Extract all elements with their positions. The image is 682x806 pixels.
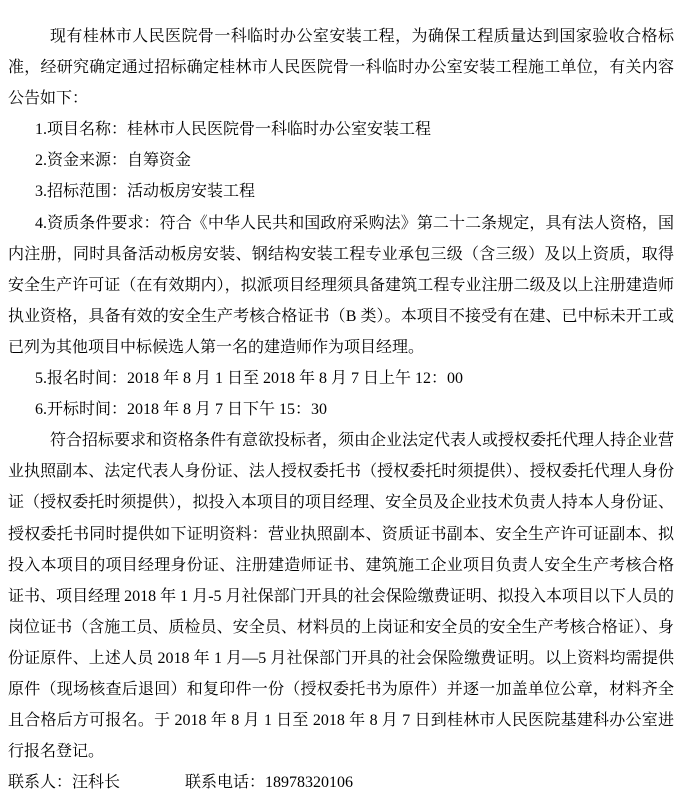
intro-paragraph: 现有桂林市人民医院骨一科临时办公室安装工程，为确保工程质量达到国家验收合格标准，… (8, 21, 674, 114)
list-item-project-name: 1.项目名称：桂林市人民医院骨一科临时办公室安装工程 (8, 114, 674, 145)
list-item-registration-time: 5.报名时间：2018 年 8 月 1 日至 2018 年 8 月 7 日上午 … (8, 363, 674, 394)
list-item-funding-source: 2.资金来源：自筹资金 (8, 145, 674, 176)
contact-phone-number: 18978320106 (265, 774, 353, 791)
contact-line: 联系人：汪科长联系电话：18978320106 (8, 767, 674, 798)
announcement-document: 现有桂林市人民医院骨一科临时办公室安装工程，为确保工程质量达到国家验收合格标准，… (0, 0, 682, 806)
contact-person-label: 联系人： (8, 774, 72, 791)
contact-person-name: 汪科长 (72, 774, 120, 791)
contact-phone-label: 联系电话： (185, 774, 265, 791)
list-item-bid-opening-time: 6.开标时间：2018 年 8 月 7 日下午 15：30 (8, 394, 674, 425)
registration-paragraph: 符合招标要求和资格条件有意欲投标者，须由企业法定代表人或授权委托代理人持企业营业… (8, 425, 674, 767)
list-item-qualification-requirements: 4.资质条件要求：符合《中华人民共和国政府采购法》第二十二条规定，具有法人资格，… (8, 208, 674, 363)
list-item-tender-scope: 3.招标范围：活动板房安装工程 (8, 176, 674, 207)
